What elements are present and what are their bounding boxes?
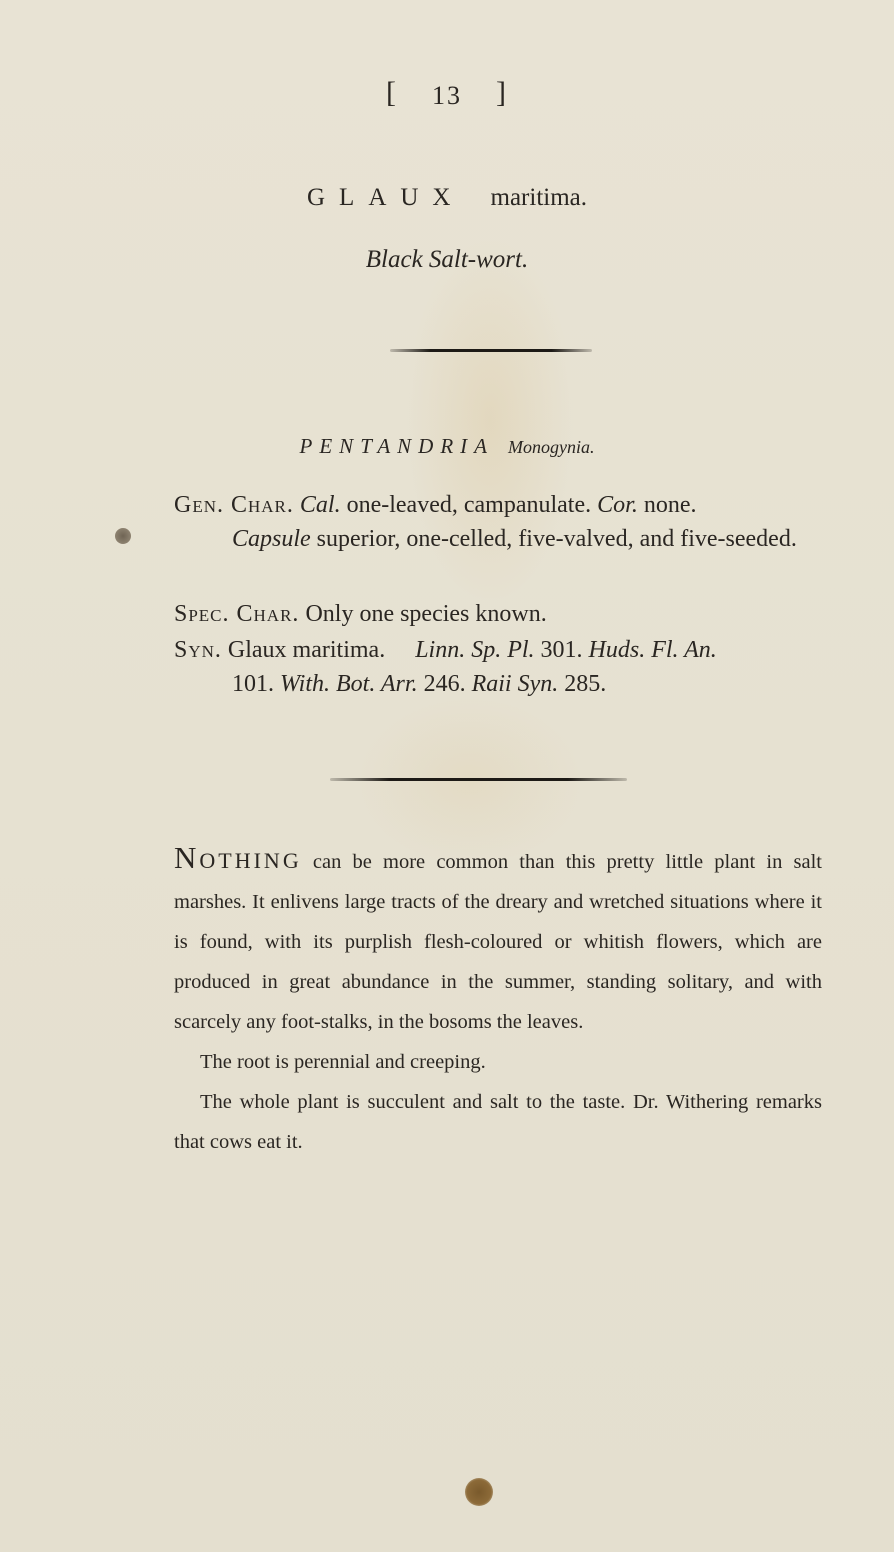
gen-char-label: Gen. Char.	[174, 492, 294, 518]
opening-initial: N	[174, 840, 199, 875]
genus-name: GLAUX	[307, 184, 465, 211]
paragraph-1-text: can be more common than this pretty litt…	[174, 851, 822, 1033]
synonyms: Syn. Glaux maritima. Linn. Sp. Pl. 301. …	[174, 633, 834, 701]
linnaean-classification: PENTANDRIAMonogynia.	[0, 434, 894, 459]
calyx-abbrev: Cal.	[300, 492, 341, 518]
capsule-term: Capsule	[232, 526, 311, 552]
divider-rule-top	[390, 349, 592, 352]
ref-hudson-page: 101.	[232, 671, 280, 697]
paragraph-3: The whole plant is succulent and salt to…	[174, 1082, 822, 1162]
paper-blemish-left	[115, 528, 131, 544]
divider-rule-bottom	[330, 778, 627, 781]
page-number: 13	[432, 81, 462, 110]
spec-char-label: Spec. Char.	[174, 601, 299, 627]
species-name: maritima.	[491, 184, 588, 211]
bracket-close: ]	[496, 76, 508, 110]
common-name: Black Salt-wort.	[0, 246, 894, 274]
corolla-text: none.	[638, 492, 697, 518]
corolla-abbrev: Cor.	[597, 492, 638, 518]
opening-word-rest: OTHING	[199, 848, 301, 873]
ref-hudson: Huds. Fl. An.	[589, 637, 717, 663]
spec-char-text: Only one species known.	[299, 601, 546, 627]
specific-character: Spec. Char. Only one species known.	[174, 597, 834, 631]
description-text: NOTHING can be more common than this pre…	[174, 838, 822, 1162]
paragraph-1: NOTHING can be more common than this pre…	[174, 838, 822, 1042]
ref-linnaeus-page: 301.	[535, 637, 589, 663]
paragraph-2: The root is perennial and creeping.	[174, 1042, 822, 1082]
capsule-text: superior, one-celled, five-valved, and f…	[311, 526, 797, 552]
class-name: PENTANDRIA	[300, 434, 494, 458]
book-page: [13] GLAUXmaritima. Black Salt-wort. PEN…	[0, 0, 894, 1552]
calyx-text: one-leaved, campanulate.	[341, 492, 598, 518]
page-number-header: [13]	[0, 76, 894, 110]
bracket-open: [	[386, 76, 398, 110]
order-name: Monogynia.	[508, 437, 594, 457]
generic-character: Gen. Char. Cal. one-leaved, campanulate.…	[174, 488, 834, 556]
ref-linnaeus: Linn. Sp. Pl.	[415, 637, 534, 663]
ref-withering: With. Bot. Arr.	[280, 671, 418, 697]
species-title: GLAUXmaritima.	[0, 182, 894, 212]
syn-text: Glaux maritima.	[222, 637, 385, 663]
opening-word: NOTHING	[174, 848, 302, 873]
ref-ray-page: 285.	[558, 671, 606, 697]
ref-ray: Raii Syn.	[472, 671, 559, 697]
paper-blemish-bottom	[465, 1478, 493, 1506]
syn-label: Syn.	[174, 637, 222, 663]
ref-withering-page: 246.	[418, 671, 472, 697]
